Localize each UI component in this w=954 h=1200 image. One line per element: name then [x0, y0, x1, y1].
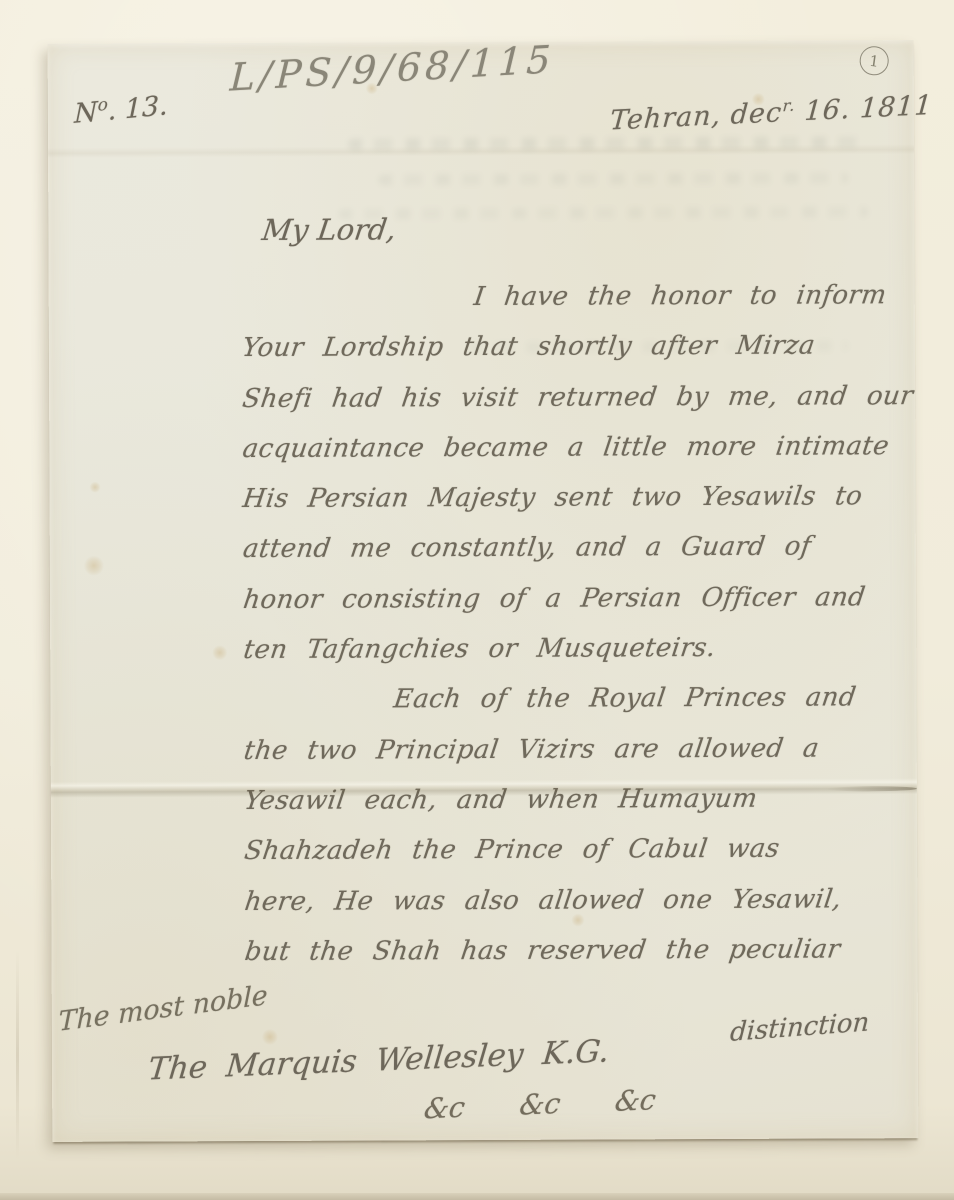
- scan-background: L/PS/9/68/115 1 No. 13. Tehran, decr. 16…: [0, 0, 954, 1200]
- dateline-rest: 16. 1811: [794, 90, 934, 128]
- letter-number: No. 13.: [74, 89, 168, 130]
- dateline: Tehran, decr. 16. 1811: [609, 89, 934, 137]
- body-line: acquaintance became a little more intima…: [238, 431, 917, 484]
- body-line: Shefi had his visit returned by me, and …: [238, 381, 917, 434]
- body-line: here, He was also allowed one Yesawil,: [240, 884, 919, 937]
- body-line: attend me constantly, and a Guard of: [238, 532, 917, 585]
- letter-body: I have the honor to inform Your Lordship…: [241, 280, 916, 987]
- underlying-sheet-edge: [16, 950, 19, 1160]
- ink-bleedthrough: [348, 136, 868, 150]
- letter-page: L/PS/9/68/115 1 No. 13. Tehran, decr. 16…: [48, 40, 919, 1142]
- body-line: I have the honor to inform: [237, 280, 916, 333]
- body-line: Each of the Royal Princes and: [239, 682, 918, 735]
- addressee-honorific: The most noble: [58, 980, 267, 1038]
- foxing-stain: [84, 556, 104, 576]
- body-line: His Persian Majesty sent two Yesawils to: [238, 481, 917, 534]
- ink-bleedthrough: [338, 206, 868, 219]
- letter-number-prefix: N: [74, 97, 98, 130]
- catchword: distinction: [729, 1007, 870, 1048]
- ink-bleedthrough: [378, 172, 848, 185]
- body-line: Your Lordship that shortly after Mirza: [238, 330, 917, 383]
- body-line: but the Shah has reserved the peculiar: [240, 934, 919, 987]
- folio-number: 1: [868, 51, 880, 70]
- body-line: Shahzadeh the Prince of Cabul was: [240, 833, 919, 886]
- letter-number-rest: . 13.: [108, 90, 168, 127]
- shelfmark-pencil-note: L/PS/9/68/115: [229, 37, 556, 100]
- salutation: My Lord,: [260, 212, 398, 247]
- etceteras-flourish: &c &c &c: [422, 1083, 658, 1125]
- folio-number-badge: 1: [858, 44, 891, 77]
- foxing-stain: [262, 1029, 278, 1045]
- dateline-place: Tehran, dec: [609, 97, 783, 136]
- foxing-stain: [212, 645, 227, 660]
- body-line: honor consisting of a Persian Officer an…: [239, 582, 918, 635]
- body-line: Yesawil each, and when Humayum: [240, 783, 919, 836]
- addressee-name: The Marquis Wellesley K.G.: [146, 1033, 610, 1087]
- body-line: the two Principal Vizirs are allowed a: [239, 733, 918, 786]
- body-line: ten Tafangchies or Musqueteirs.: [239, 632, 918, 685]
- fold-crease-top: [48, 144, 914, 158]
- foxing-stain: [90, 482, 101, 493]
- scan-edge-shadow: [0, 1193, 954, 1200]
- letter-number-superscript: o: [98, 95, 108, 116]
